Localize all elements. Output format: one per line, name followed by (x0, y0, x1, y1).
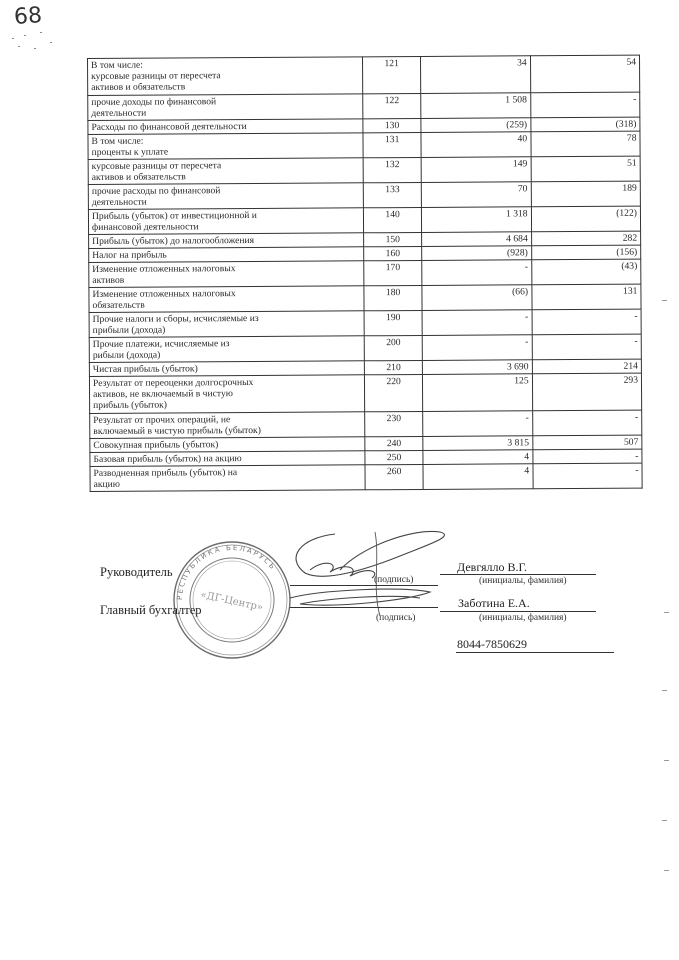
row-label: Результат от переоценки долгосрочныхакти… (89, 375, 364, 414)
director-name-caption: (инициалы, фамилия) (479, 576, 567, 586)
previous-period-value: 282 (531, 231, 640, 246)
accountant-signature-caption: (подпись) (376, 613, 415, 623)
previous-period-value: 214 (532, 359, 641, 374)
row-label: прочие доходы по финансовойдеятельности (88, 94, 363, 121)
previous-period-value: - (533, 449, 642, 464)
row-label: Прочие налоги и сборы, исчисляемые изпри… (89, 311, 364, 338)
table-row: Результат от переоценки долгосрочныхакти… (89, 373, 641, 413)
previous-period-value: (156) (531, 245, 640, 260)
row-label: Изменение отложенных налоговыхобязательс… (89, 286, 364, 313)
previous-period-value: 293 (532, 373, 642, 411)
previous-period-value: 131 (532, 284, 642, 310)
director-signature-caption: (подпись) (374, 575, 413, 585)
director-signature-line (290, 585, 438, 586)
current-period-value: 4 684 (422, 232, 531, 247)
row-code: 140 (363, 207, 421, 232)
table-row: Разводненная прибыль (убыток) наакцию260… (90, 463, 642, 491)
row-code: 150 (364, 232, 422, 246)
row-code: 210 (364, 360, 422, 374)
row-label: Изменение отложенных налоговыхактивов (89, 261, 364, 288)
table-row: прочие расходы по финансовойдеятельности… (88, 181, 640, 209)
row-label: Разводненная прибыль (убыток) наакцию (90, 465, 365, 492)
row-label: В том числе:курсовые разницы от пересчет… (88, 57, 363, 96)
table-row: Результат от прочих операций, невключаем… (90, 410, 642, 438)
current-period-value: 3 815 (423, 436, 532, 451)
row-code: 220 (364, 374, 422, 411)
row-label: Прочие платежи, исчисляемые изрибыли (до… (89, 336, 364, 363)
handwritten-page-number: 68 (13, 3, 43, 30)
table-row: Изменение отложенных налоговыхактивов170… (89, 259, 641, 287)
current-period-value: 4 (423, 464, 532, 490)
table-row: Прочие платежи, исчисляемые изрибыли (до… (89, 334, 641, 362)
current-period-value: (928) (422, 246, 531, 261)
previous-period-value: (318) (530, 117, 639, 132)
previous-period-value: - (532, 410, 642, 436)
row-code: 121 (363, 56, 421, 93)
row-code: 130 (363, 118, 421, 132)
row-label: Прибыль (убыток) от инвестиционной ифина… (88, 208, 363, 235)
table-row: Прочие налоги и сборы, исчисляемые изпри… (89, 309, 641, 337)
current-period-value: 125 (423, 374, 533, 412)
previous-period-value: (122) (531, 206, 641, 232)
row-code: 122 (363, 93, 421, 118)
current-period-value: - (422, 260, 531, 286)
row-code: 131 (363, 132, 421, 157)
current-period-value: 4 (423, 450, 532, 465)
phone-number: 8044-7850629 (457, 637, 527, 652)
table-row: Прибыль (убыток) от инвестиционной ифина… (88, 206, 640, 234)
previous-period-value: - (533, 463, 643, 489)
director-label: Руководитель (100, 565, 173, 580)
accountant-name-caption: (инициалы, фамилия) (479, 613, 567, 623)
current-period-value: - (422, 310, 531, 336)
accountant-label: Главный бухгалтер (100, 603, 202, 618)
table-row: В том числе:проценты к уплате1314078 (88, 131, 640, 159)
row-code: 132 (363, 157, 421, 182)
current-period-value: - (422, 335, 531, 361)
row-code: 240 (365, 436, 423, 450)
scan-specks (10, 30, 60, 60)
previous-period-value: - (532, 334, 642, 360)
row-code: 170 (364, 260, 422, 285)
row-label: курсовые разницы от пересчетаактивов и о… (88, 158, 363, 185)
previous-period-value: 54 (530, 55, 640, 93)
table-row: В том числе:курсовые разницы от пересчет… (88, 55, 640, 95)
previous-period-value: - (532, 309, 642, 335)
previous-period-value: (43) (531, 259, 641, 285)
previous-period-value: - (530, 92, 640, 118)
row-code: 250 (365, 450, 423, 464)
row-code: 260 (365, 464, 423, 489)
current-period-value: 149 (421, 157, 530, 183)
current-period-value: 1 318 (422, 207, 531, 233)
current-period-value: 70 (422, 182, 531, 208)
row-code: 180 (364, 285, 422, 310)
current-period-value: 40 (421, 132, 530, 158)
current-period-value: (66) (422, 285, 531, 311)
row-code: 160 (364, 246, 422, 260)
previous-period-value: 78 (531, 131, 641, 157)
table-row: Изменение отложенных налоговыхобязательс… (89, 284, 641, 312)
accountant-name: Заботина Е.А. (458, 596, 530, 611)
row-code: 200 (364, 335, 422, 360)
previous-period-value: 51 (531, 156, 641, 182)
financial-report-table: В том числе:курсовые разницы от пересчет… (87, 55, 643, 492)
director-name-line (440, 574, 596, 575)
phone-underline (456, 652, 614, 653)
current-period-value: (259) (421, 118, 530, 133)
row-label: В том числе:проценты к уплате (88, 133, 363, 160)
row-code: 133 (363, 182, 421, 207)
previous-period-value: 507 (532, 435, 641, 450)
current-period-value: 34 (421, 56, 531, 94)
row-code: 230 (365, 411, 423, 436)
table-row: прочие доходы по финансовойдеятельности1… (88, 92, 640, 120)
current-period-value: 3 690 (423, 360, 532, 375)
accountant-name-line (440, 611, 596, 612)
row-code: 190 (364, 310, 422, 335)
accountant-signature-line (290, 607, 438, 608)
row-label: прочие расходы по финансовойдеятельности (88, 183, 363, 210)
current-period-value: 1 508 (421, 93, 530, 119)
previous-period-value: 189 (531, 181, 641, 207)
table-row: курсовые разницы от пересчетаактивов и о… (88, 156, 640, 184)
row-label: Результат от прочих операций, невключаем… (90, 412, 365, 439)
director-name: Девгялло В.Г. (457, 560, 527, 575)
current-period-value: - (423, 411, 532, 437)
